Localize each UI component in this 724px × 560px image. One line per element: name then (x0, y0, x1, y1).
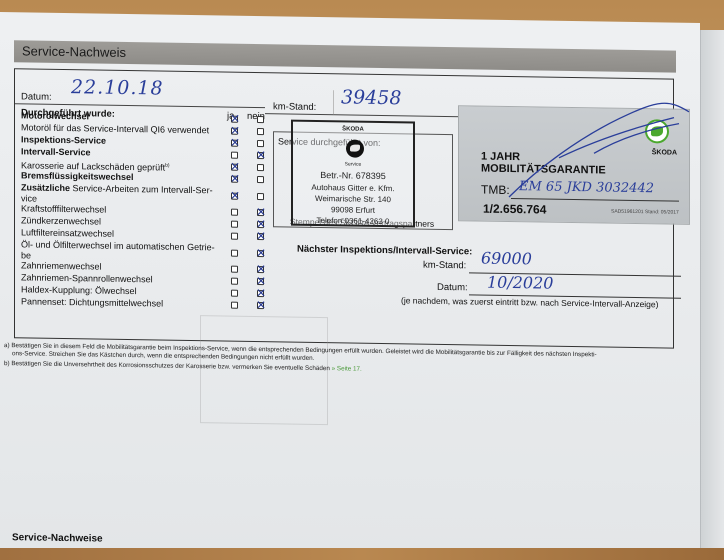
checkbox-nein[interactable] (257, 116, 264, 123)
page-17-link[interactable]: » Seite 17. (332, 365, 362, 372)
service-booklet-page: Service-Nachweis Datum: 22.10.18 km-Stan… (0, 12, 700, 560)
footnote-b-mark: b) (4, 360, 10, 367)
service-item-row: Pannenset: Dichtungsmittelwechsel✕ (21, 296, 271, 312)
dealer-stamp: ŠKODA Service Betr.-Nr. 678395 Autohaus … (291, 120, 415, 228)
checkbox-nein[interactable] (257, 140, 264, 147)
signature-icon (499, 97, 699, 210)
next-datum-label: Datum: (437, 282, 468, 293)
next-datum-value[interactable]: 10/2020 (487, 273, 553, 293)
checkbox-ja[interactable] (231, 290, 238, 297)
checkbox-nein[interactable] (257, 164, 264, 171)
check-mark-icon: ✕ (254, 230, 268, 242)
table-surface (0, 548, 724, 560)
checkbox-ja[interactable] (231, 233, 238, 240)
check-mark-icon: ✕ (254, 247, 268, 259)
next-km-value[interactable]: 69000 (481, 249, 532, 269)
title-bar: Service-Nachweis (14, 40, 676, 72)
stamp-line2: Weimarische Str. 140 (293, 194, 413, 205)
checkbox-nein[interactable] (257, 128, 264, 135)
checkbox-ja[interactable] (231, 209, 238, 216)
footnote-a-mark: a) (4, 342, 10, 349)
next-page-edge (700, 30, 724, 550)
checkbox-ja[interactable] (231, 302, 238, 309)
datum-label: Datum: (21, 91, 52, 102)
checkbox-ja[interactable] (231, 278, 238, 285)
mobility-guarantee-sticker: ŠKODA 1 JAHR MOBILITÄTSGARANTIE TMB: EM … (458, 105, 690, 225)
service-item-list: Motorölwechsel✕Motoröl für das Service-I… (21, 110, 271, 312)
checkbox-ja[interactable] (231, 152, 238, 159)
checkbox-ja[interactable] (231, 221, 238, 228)
footer-title: Service-Nachweise (12, 532, 103, 544)
checkbox-nein[interactable] (257, 193, 264, 200)
next-km-label: km-Stand: (423, 260, 466, 272)
checkbox-ja[interactable] (231, 250, 238, 257)
sticker-code: SAD51961201 Stand: 05/2017 (611, 209, 679, 216)
datum-value[interactable]: 22.10.18 (71, 76, 164, 99)
stamp-brand: ŠKODA (293, 126, 413, 134)
service-item-label: Pannenset: Dichtungsmittelwechsel (21, 296, 221, 310)
stamp-line3: 99098 Erfurt (293, 205, 413, 216)
page-title: Service-Nachweis (22, 43, 126, 60)
skoda-logo-icon (346, 139, 364, 157)
km-label: km-Stand: (273, 101, 316, 113)
check-mark-icon: ✕ (228, 137, 242, 149)
check-mark-icon: ✕ (228, 190, 242, 202)
checkbox-ja[interactable] (231, 266, 238, 273)
stamp-line1: Autohaus Gitter e. Kfm. (293, 183, 413, 194)
stamp-betr-nr: Betr.-Nr. 678395 (293, 170, 413, 182)
km-value[interactable]: 39458 (341, 86, 401, 109)
checkbox-nein[interactable] (257, 176, 264, 183)
check-mark-icon: ✕ (254, 299, 268, 311)
km-divider (333, 90, 334, 114)
check-mark-icon: ✕ (228, 173, 242, 185)
stamp-sub: Service (293, 161, 413, 169)
next-service-heading: Nächster Inspektions/Intervall-Service: (297, 244, 472, 258)
check-mark-icon: ✕ (254, 149, 268, 161)
stamp-line4: Telefon 0361-4263 0 (293, 216, 413, 227)
